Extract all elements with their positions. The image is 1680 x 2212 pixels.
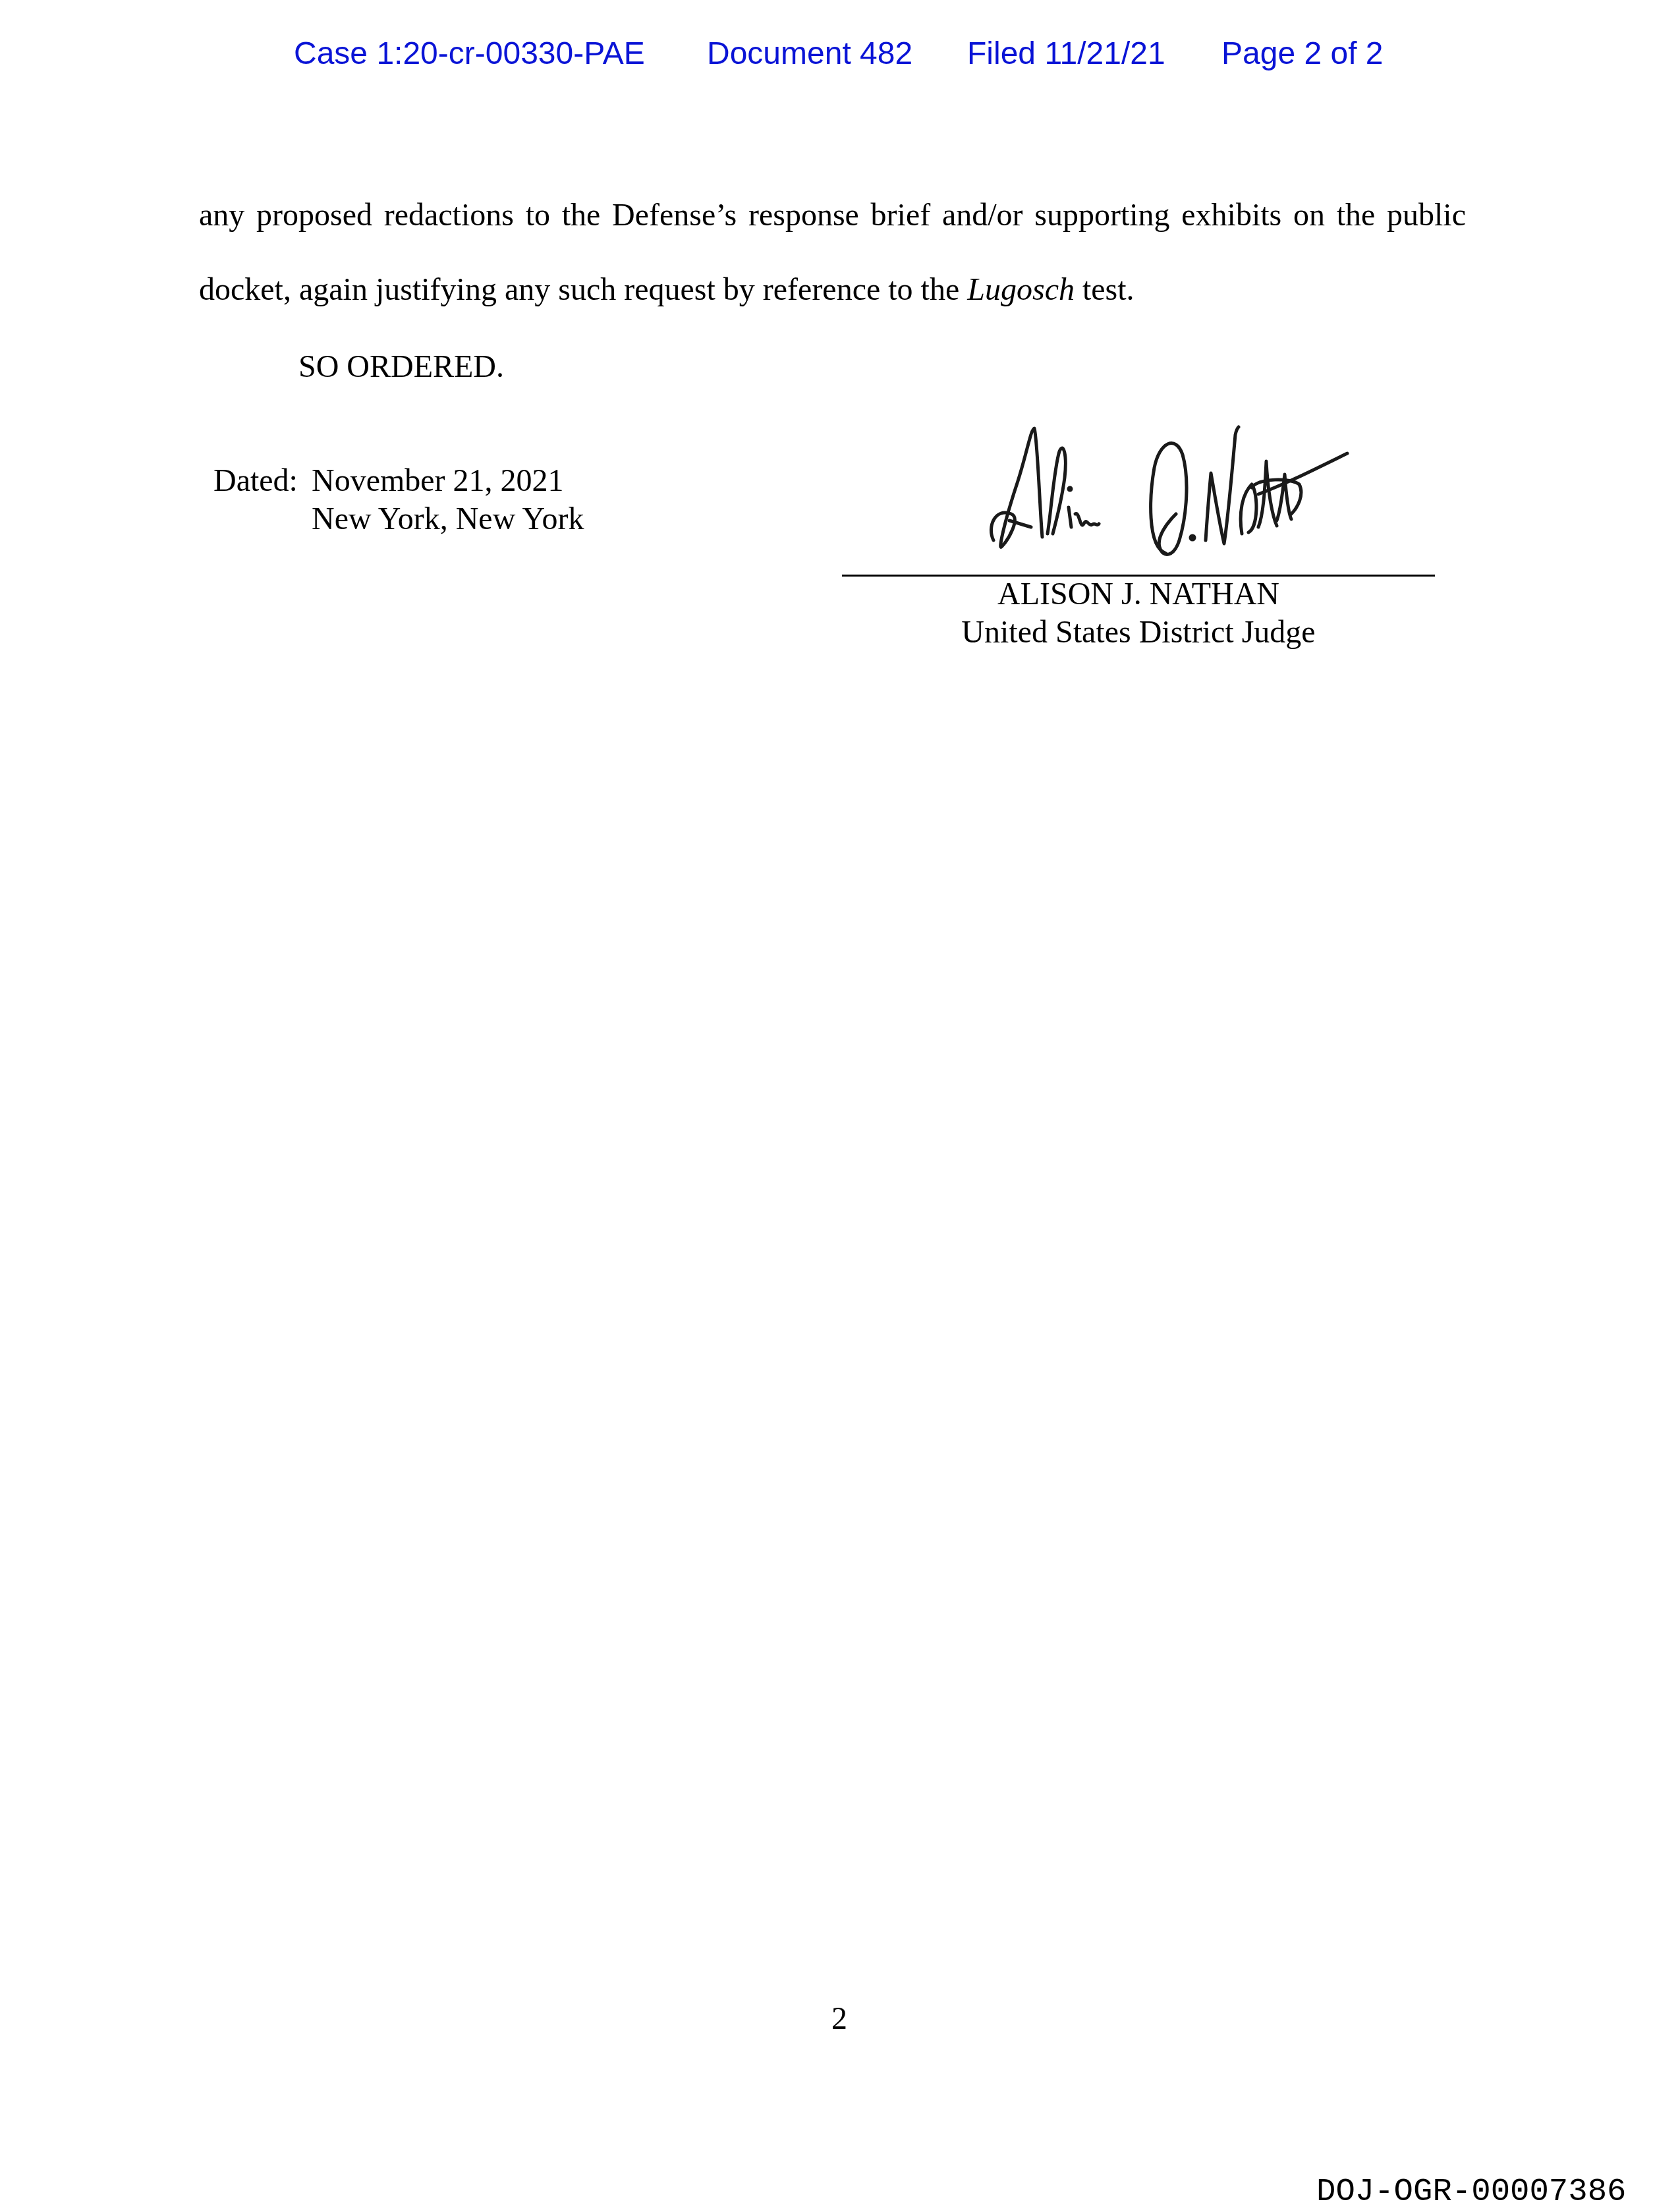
judge-name: ALISON J. NATHAN bbox=[842, 579, 1435, 610]
body-text-line-2-start: docket, again justifying any such reques… bbox=[199, 272, 967, 307]
so-ordered-text: SO ORDERED. bbox=[298, 351, 504, 383]
ecf-page-count: Page 2 of 2 bbox=[1221, 38, 1384, 71]
bates-number: DOJ-OGR-00007386 bbox=[1316, 2176, 1626, 2208]
handwritten-signature-icon bbox=[982, 415, 1351, 567]
ecf-case-number: Case 1:20-cr-00330-PAE bbox=[294, 38, 645, 71]
dated-date: November 21, 2021 bbox=[312, 465, 564, 497]
body-text-line-2: docket, again justifying any such reques… bbox=[199, 274, 1134, 306]
page-number: 2 bbox=[806, 2003, 872, 2035]
ecf-filed-date: Filed 11/21/21 bbox=[967, 38, 1165, 71]
body-text-line-1: any proposed redactions to the Defense’s… bbox=[199, 200, 1466, 231]
dated-place: New York, New York bbox=[312, 503, 584, 535]
case-citation-lugosch: Lugosch bbox=[967, 272, 1075, 307]
body-text-line-2-end: test. bbox=[1075, 272, 1134, 307]
ecf-document-number: Document 482 bbox=[707, 38, 912, 71]
dated-label: Dated: bbox=[213, 465, 298, 497]
judge-title: United States District Judge bbox=[842, 617, 1435, 648]
